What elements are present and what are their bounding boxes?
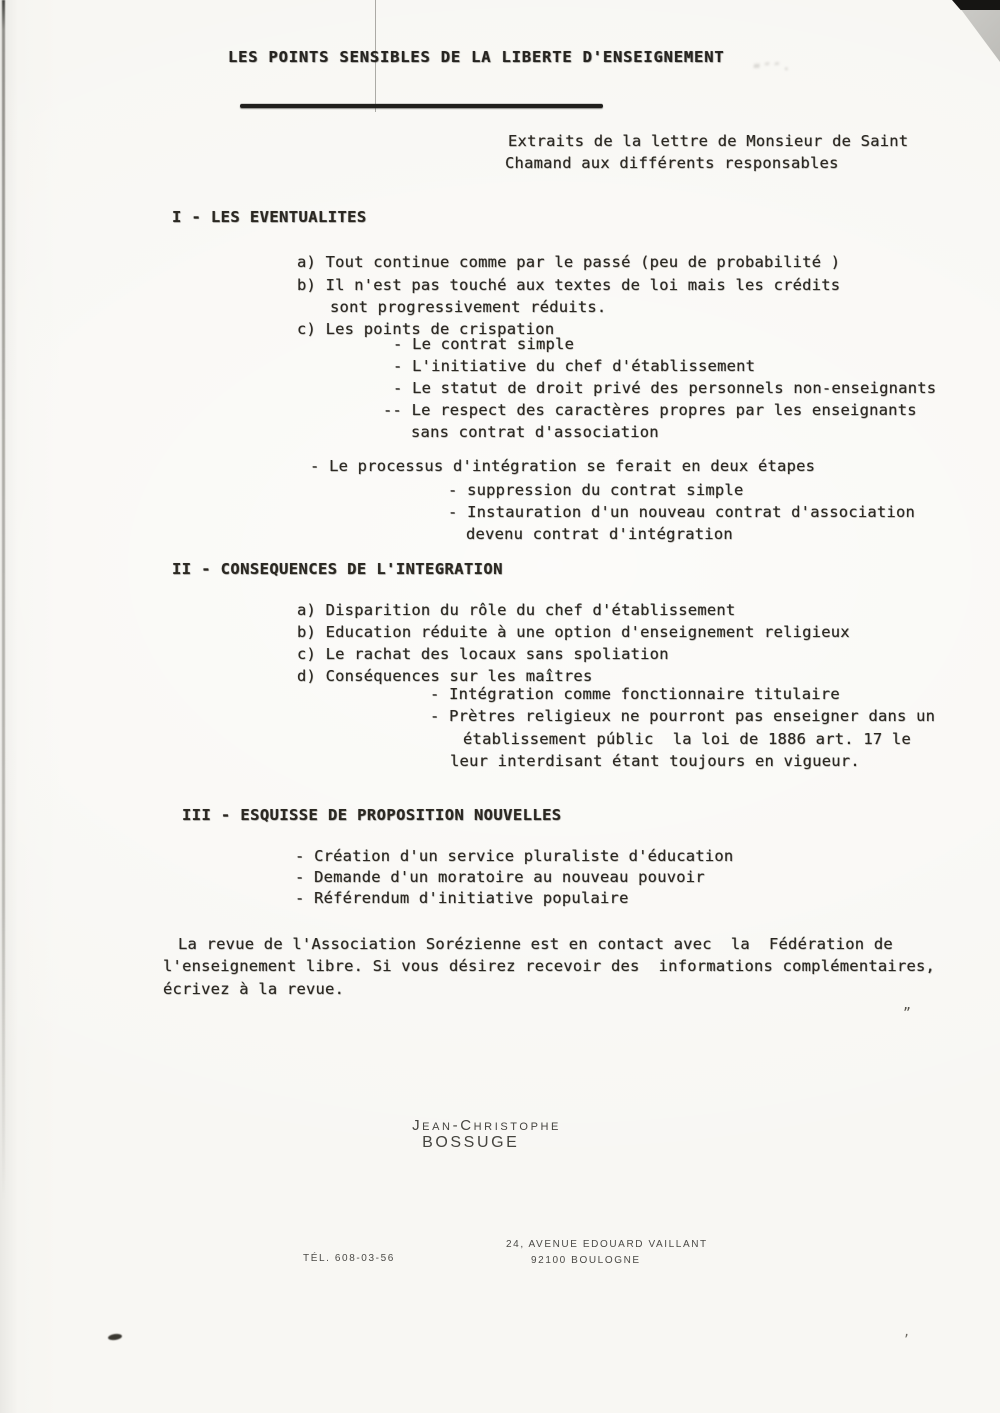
list-item: b) Il n'est pas touché aux textes de loi… xyxy=(297,274,840,296)
sub-list-item: -- Le respect des caractères propres par… xyxy=(383,399,917,421)
sub-list-item-continuation: leur interdisant étant toujours en vigue… xyxy=(450,750,860,772)
ink-speck xyxy=(108,1333,123,1341)
list-item: - Création d'un service pluraliste d'édu… xyxy=(295,845,733,867)
sub-list-item: - Instauration d'un nouveau contrat d'as… xyxy=(448,501,915,523)
ink-speck: ” xyxy=(903,1006,909,1015)
sub-list-item: - suppression du contrat simple xyxy=(448,479,744,501)
scan-corner-shadow xyxy=(952,0,1000,10)
sub-list-item: - L'initiative du chef d'établissement xyxy=(393,355,755,377)
sub-list-item-continuation: sans contrat d'association xyxy=(411,421,659,443)
list-item-continuation: sont progressivement réduits. xyxy=(330,296,606,318)
scan-edge-artifact xyxy=(2,0,5,1200)
sub-list-item-continuation: établissement públic la loi de 1886 art.… xyxy=(463,728,911,750)
sub-list-item-continuation: devenu contrat d'intégration xyxy=(466,523,733,545)
section-heading: II - CONSEQUENCES DE L'INTEGRATION xyxy=(172,558,503,580)
footer-phone: TÉL. 608-03-56 xyxy=(303,1253,395,1264)
list-item: b) Education réduite à une option d'ense… xyxy=(297,621,850,643)
list-item: c) Le rachat des locaux sans spoliation xyxy=(297,643,669,665)
document-title: LES POINTS SENSIBLES DE LA LIBERTE D'ENS… xyxy=(228,46,724,68)
scanned-document-page: “˝˝· ” ‚ LES POINTS SENSIBLES DE LA LIBE… xyxy=(0,0,1000,1413)
section-heading: III - ESQUISSE DE PROPOSITION NOUVELLES xyxy=(182,804,562,826)
ghost-ink-smudge: “˝˝· xyxy=(753,61,849,83)
intro-line: Extraits de la lettre de Monsieur de Sai… xyxy=(508,130,908,152)
list-item: a) Tout continue comme par le passé (peu… xyxy=(297,251,840,273)
signature-first-name: Jean-Christophe xyxy=(412,1117,561,1134)
list-item: - Le processus d'intégration se ferait e… xyxy=(310,455,815,477)
sub-list-item: - Le statut de droit privé des personnel… xyxy=(393,377,936,399)
closing-paragraph-line: l'enseignement libre. Si vous désirez re… xyxy=(163,955,935,977)
ink-speck: ‚ xyxy=(903,1325,909,1334)
sub-list-item: - Prètres religieux ne pourront pas ense… xyxy=(430,705,935,727)
section-heading: I - LES EVENTUALITES xyxy=(172,206,367,228)
footer-address-line2: 92100 BOULOGNE xyxy=(531,1255,641,1266)
closing-paragraph-line: écrivez à la revue. xyxy=(163,978,344,1000)
signature: Jean-Christophe BOSSUGE xyxy=(385,1100,561,1169)
sub-list-item: - Intégration comme fonctionnaire titula… xyxy=(430,683,840,705)
list-item: - Demande d'un moratoire au nouveau pouv… xyxy=(295,866,705,888)
signature-last-name: BOSSUGE xyxy=(422,1134,519,1151)
list-item: - Référendum d'initiative populaire xyxy=(295,887,629,909)
list-item: a) Disparition du rôle du chef d'établis… xyxy=(297,599,735,621)
closing-paragraph-line: La revue de l'Association Sorézienne est… xyxy=(178,933,893,955)
intro-line: Chamand aux différents responsables xyxy=(505,152,839,174)
sub-list-item: - Le contrat simple xyxy=(393,333,574,355)
title-underline-rule xyxy=(240,104,603,108)
footer-address-line1: 24, AVENUE EDOUARD VAILLANT xyxy=(506,1239,708,1250)
